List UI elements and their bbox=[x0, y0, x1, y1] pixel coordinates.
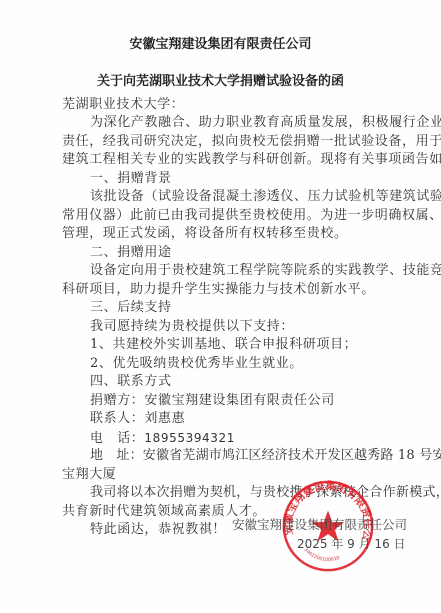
paragraph-line: 管理，现正式发函，将设备所有权转移至贵校。 bbox=[62, 225, 382, 243]
contact-address: 地 址：安徽省芜湖市鸠江区经济技术开发区越秀路 18 号安徽 bbox=[90, 447, 410, 465]
phone-label: 电 话： bbox=[90, 431, 144, 446]
paragraph-line: 该批设备（试验设备混凝土渗透仪、压力试验机等建筑试验领域 bbox=[90, 188, 410, 206]
paragraph-line: 科研项目，助力提升学生实操能力与技术创新水平。 bbox=[62, 281, 382, 299]
letter-title: 关于向芜湖职业技术大学捐赠试验设备的函 bbox=[0, 70, 441, 89]
phone-number: 18955394321 bbox=[144, 431, 235, 445]
section-heading: 三、后续支持 bbox=[90, 299, 410, 317]
section-heading: 二、捐赠用途 bbox=[90, 244, 410, 262]
contact-phone: 电 话：18955394321 bbox=[90, 429, 410, 448]
paragraph-line: 责任，经我司研究决定，拟向贵校无偿捐赠一批试验设备，用于支持 bbox=[62, 133, 382, 151]
signature-company: 安徽宝翔建设集团有限责任公司 bbox=[232, 515, 407, 533]
section-heading: 四、联系方式 bbox=[90, 373, 410, 391]
paragraph-line: 我司愿持续为贵校提供以下支持： bbox=[90, 318, 410, 336]
salutation: 芜湖职业技术大学： bbox=[62, 96, 382, 114]
paragraph-line: 建筑工程相关专业的实践教学与科研创新。现将有关事项函告如下： bbox=[62, 151, 382, 169]
contact-donor: 捐赠方：安徽宝翔建设集团有限责任公司 bbox=[90, 392, 410, 410]
paragraph-line: 常用仪器）此前已由我司提供至贵校使用。为进一步明确权属、规范 bbox=[62, 207, 382, 225]
paragraph-line: 设备定向用于贵校建筑工程学院等院系的实践教学、技能竞赛及 bbox=[90, 262, 410, 280]
signature-date: 2025 年 9 月 16 日 bbox=[297, 535, 406, 552]
section-heading: 一、捐赠背景 bbox=[90, 170, 410, 188]
paragraph-line: 为深化产教融合、助力职业教育高质量发展，积极履行企业社会 bbox=[90, 114, 410, 132]
company-title: 安徽宝翔建设集团有限责任公司 bbox=[0, 33, 441, 52]
list-item: 1、共建校外实训基地、联合申报科研项目； bbox=[90, 336, 410, 354]
list-item: 2、优先吸纳贵校优秀毕业生就业。 bbox=[90, 355, 410, 373]
contact-person: 联系人：刘惠惠 bbox=[90, 410, 410, 428]
document-page: 安徽宝翔建设集团有限责任公司 关于向芜湖职业技术大学捐赠试验设备的函 芜湖职业技… bbox=[0, 0, 441, 613]
